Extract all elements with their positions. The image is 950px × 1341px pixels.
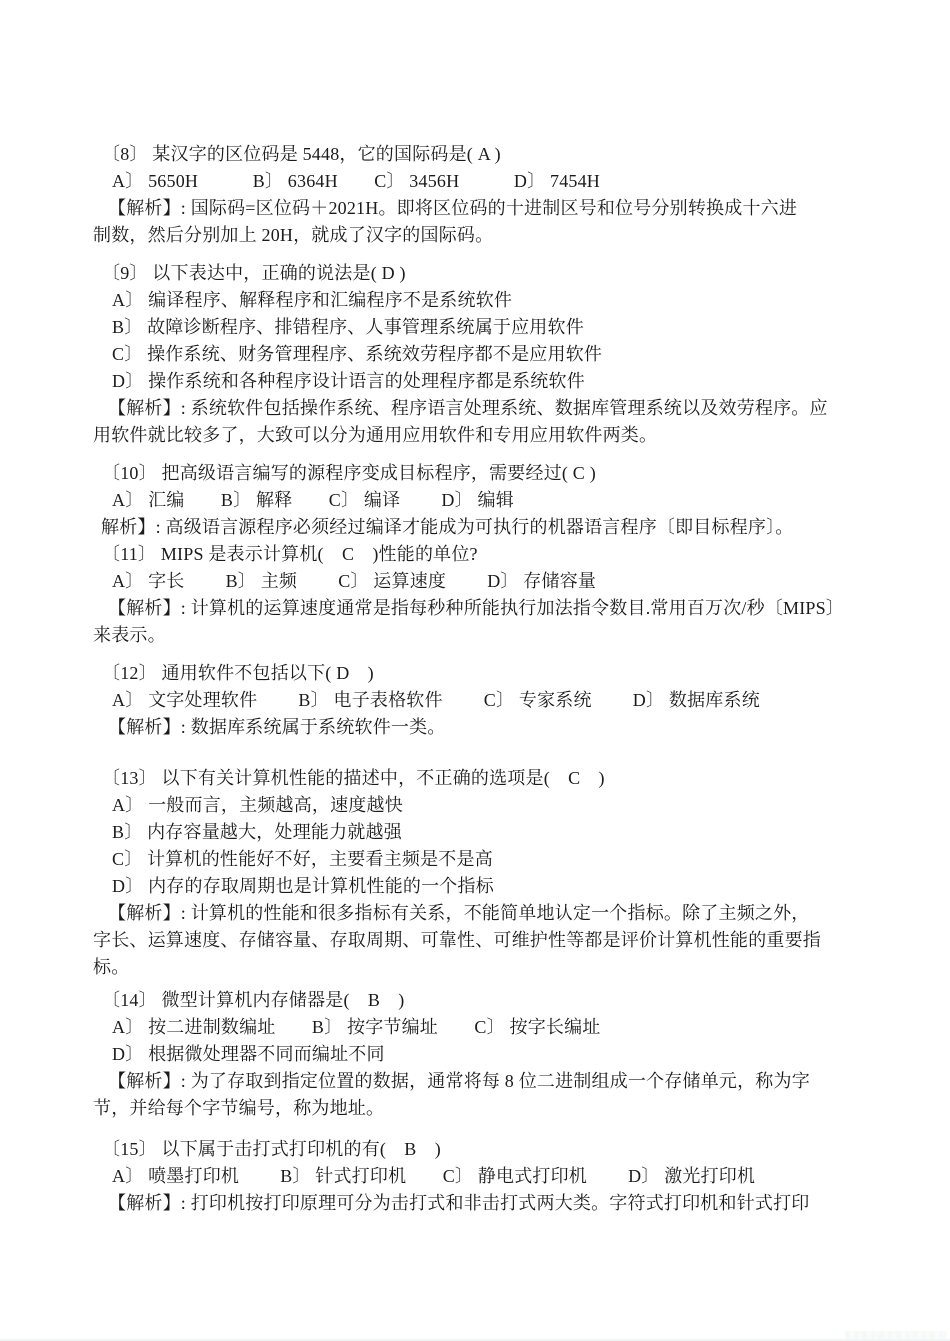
document-content: 〔8〕 某汉字的区位码是 5448，它的国际码是( A )A〕 5650H B〕… xyxy=(93,141,865,1217)
analysis-line: 【解析】: 计算机的运算速度通常是指每秒种所能执行加法指令数目.常用百万次/秒〔… xyxy=(93,595,865,622)
text-continuation-line: 节，并给每个字节编号，称为地址。 xyxy=(93,1095,865,1122)
text-continuation-line: 字长、运算速度、存储容量、存取周期、可靠性、可维护性等都是评价计算机性能的重要指 xyxy=(93,927,865,954)
analysis-line: 【解析】: 数据库系统属于系统软件一类。 xyxy=(93,714,865,741)
analysis-line: 解析】: 高级语言源程序必须经过编译才能成为可执行的机器语言程序〔即目标程序〕。 xyxy=(93,514,865,541)
question-header: 〔11〕 MIPS 是表示计算机( C )性能的单位? xyxy=(93,541,865,568)
option-line: C〕 操作系统、财务管理程序、系统效劳程序都不是应用软件 xyxy=(93,341,865,368)
option-line: C〕 计算机的性能好不好，主要看主频是不是高 xyxy=(93,846,865,873)
text-continuation-line: 标。 xyxy=(93,954,865,981)
analysis-line: 【解析】: 打印机按打印原理可分为击打式和非击打式两大类。字符式打印机和针式打印 xyxy=(93,1190,865,1217)
option-line: A〕 编译程序、解释程序和汇编程序不是系统软件 xyxy=(93,287,865,314)
option-line: D〕 内存的存取周期也是计算机性能的一个指标 xyxy=(93,873,865,900)
text-continuation-line: 制数，然后分别加上 20H，就成了汉字的国际码。 xyxy=(93,222,865,249)
option-line: A〕 按二进制数编址 B〕 按字节编址 C〕 按字长编址 xyxy=(93,1014,865,1041)
question-block-9: 〔9〕 以下表达中，正确的说法是( D )A〕 编译程序、解释程序和汇编程序不是… xyxy=(93,260,865,449)
document-page: 〔8〕 某汉字的区位码是 5448，它的国际码是( A )A〕 5650H B〕… xyxy=(0,0,950,1341)
option-line: B〕 故障诊断程序、排错程序、人事管理系统属于应用软件 xyxy=(93,314,865,341)
option-line: A〕 5650H B〕 6364H C〕 3456H D〕 7454H xyxy=(93,168,865,195)
question-header: 〔12〕 通用软件不包括以下( D ) xyxy=(93,660,865,687)
analysis-line: 【解析】: 系统软件包括操作系统、程序语言处理系统、数据库管理系统以及效劳程序。… xyxy=(93,395,865,422)
question-header: 〔10〕 把高级语言编写的源程序变成目标程序，需要经过( C ) xyxy=(93,460,865,487)
question-header: 〔9〕 以下表达中，正确的说法是( D ) xyxy=(93,260,865,287)
option-line: B〕 内存容量越大，处理能力就越强 xyxy=(93,819,865,846)
question-header: 〔13〕 以下有关计算机性能的描述中，不正确的选项是( C ) xyxy=(93,765,865,792)
option-line: A〕 文字处理软件 B〕 电子表格软件 C〕 专家系统 D〕 数据库系统 xyxy=(93,687,865,714)
question-header: 〔8〕 某汉字的区位码是 5448，它的国际码是( A ) xyxy=(93,141,865,168)
question-block-14: 〔14〕 微型计算机内存储器是( B )A〕 按二进制数编址 B〕 按字节编址 … xyxy=(93,987,865,1122)
option-line: A〕 字长 B〕 主频 C〕 运算速度 D〕 存储容量 xyxy=(93,568,865,595)
question-block-12: 〔12〕 通用软件不包括以下( D )A〕 文字处理软件 B〕 电子表格软件 C… xyxy=(93,660,865,741)
question-block-13: 〔13〕 以下有关计算机性能的描述中，不正确的选项是( C )A〕 一般而言，主… xyxy=(93,765,865,981)
question-block-11: 〔11〕 MIPS 是表示计算机( C )性能的单位?A〕 字长 B〕 主频 C… xyxy=(93,541,865,649)
watermark xyxy=(845,1331,947,1339)
option-line: D〕 根据微处理器不同而编址不同 xyxy=(93,1041,865,1068)
text-continuation-line: 用软件就比较多了，大致可以分为通用应用软件和专用应用软件两类。 xyxy=(93,422,865,449)
question-block-8: 〔8〕 某汉字的区位码是 5448，它的国际码是( A )A〕 5650H B〕… xyxy=(93,141,865,249)
option-line: A〕 汇编 B〕 解释 C〕 编译 D〕 编辑 xyxy=(93,487,865,514)
question-header: 〔14〕 微型计算机内存储器是( B ) xyxy=(93,987,865,1014)
question-block-15: 〔15〕 以下属于击打式打印机的有( B )A〕 喷墨打印机 B〕 针式打印机 … xyxy=(93,1136,865,1217)
analysis-line: 【解析】: 国际码=区位码＋2021H。即将区位码的十进制区号和位号分别转换成十… xyxy=(93,195,865,222)
analysis-line: 【解析】: 计算机的性能和很多指标有关系，不能简单地认定一个指标。除了主频之外， xyxy=(93,900,865,927)
option-line: A〕 喷墨打印机 B〕 针式打印机 C〕 静电式打印机 D〕 激光打印机 xyxy=(93,1163,865,1190)
question-header: 〔15〕 以下属于击打式打印机的有( B ) xyxy=(93,1136,865,1163)
question-block-10: 〔10〕 把高级语言编写的源程序变成目标程序，需要经过( C )A〕 汇编 B〕… xyxy=(93,460,865,541)
option-line: D〕 操作系统和各种程序设计语言的处理程序都是系统软件 xyxy=(93,368,865,395)
option-line: A〕 一般而言，主频越高，速度越快 xyxy=(93,792,865,819)
text-continuation-line: 来表示。 xyxy=(93,622,865,649)
analysis-line: 【解析】: 为了存取到指定位置的数据，通常将每 8 位二进制组成一个存储单元，称… xyxy=(93,1068,865,1095)
